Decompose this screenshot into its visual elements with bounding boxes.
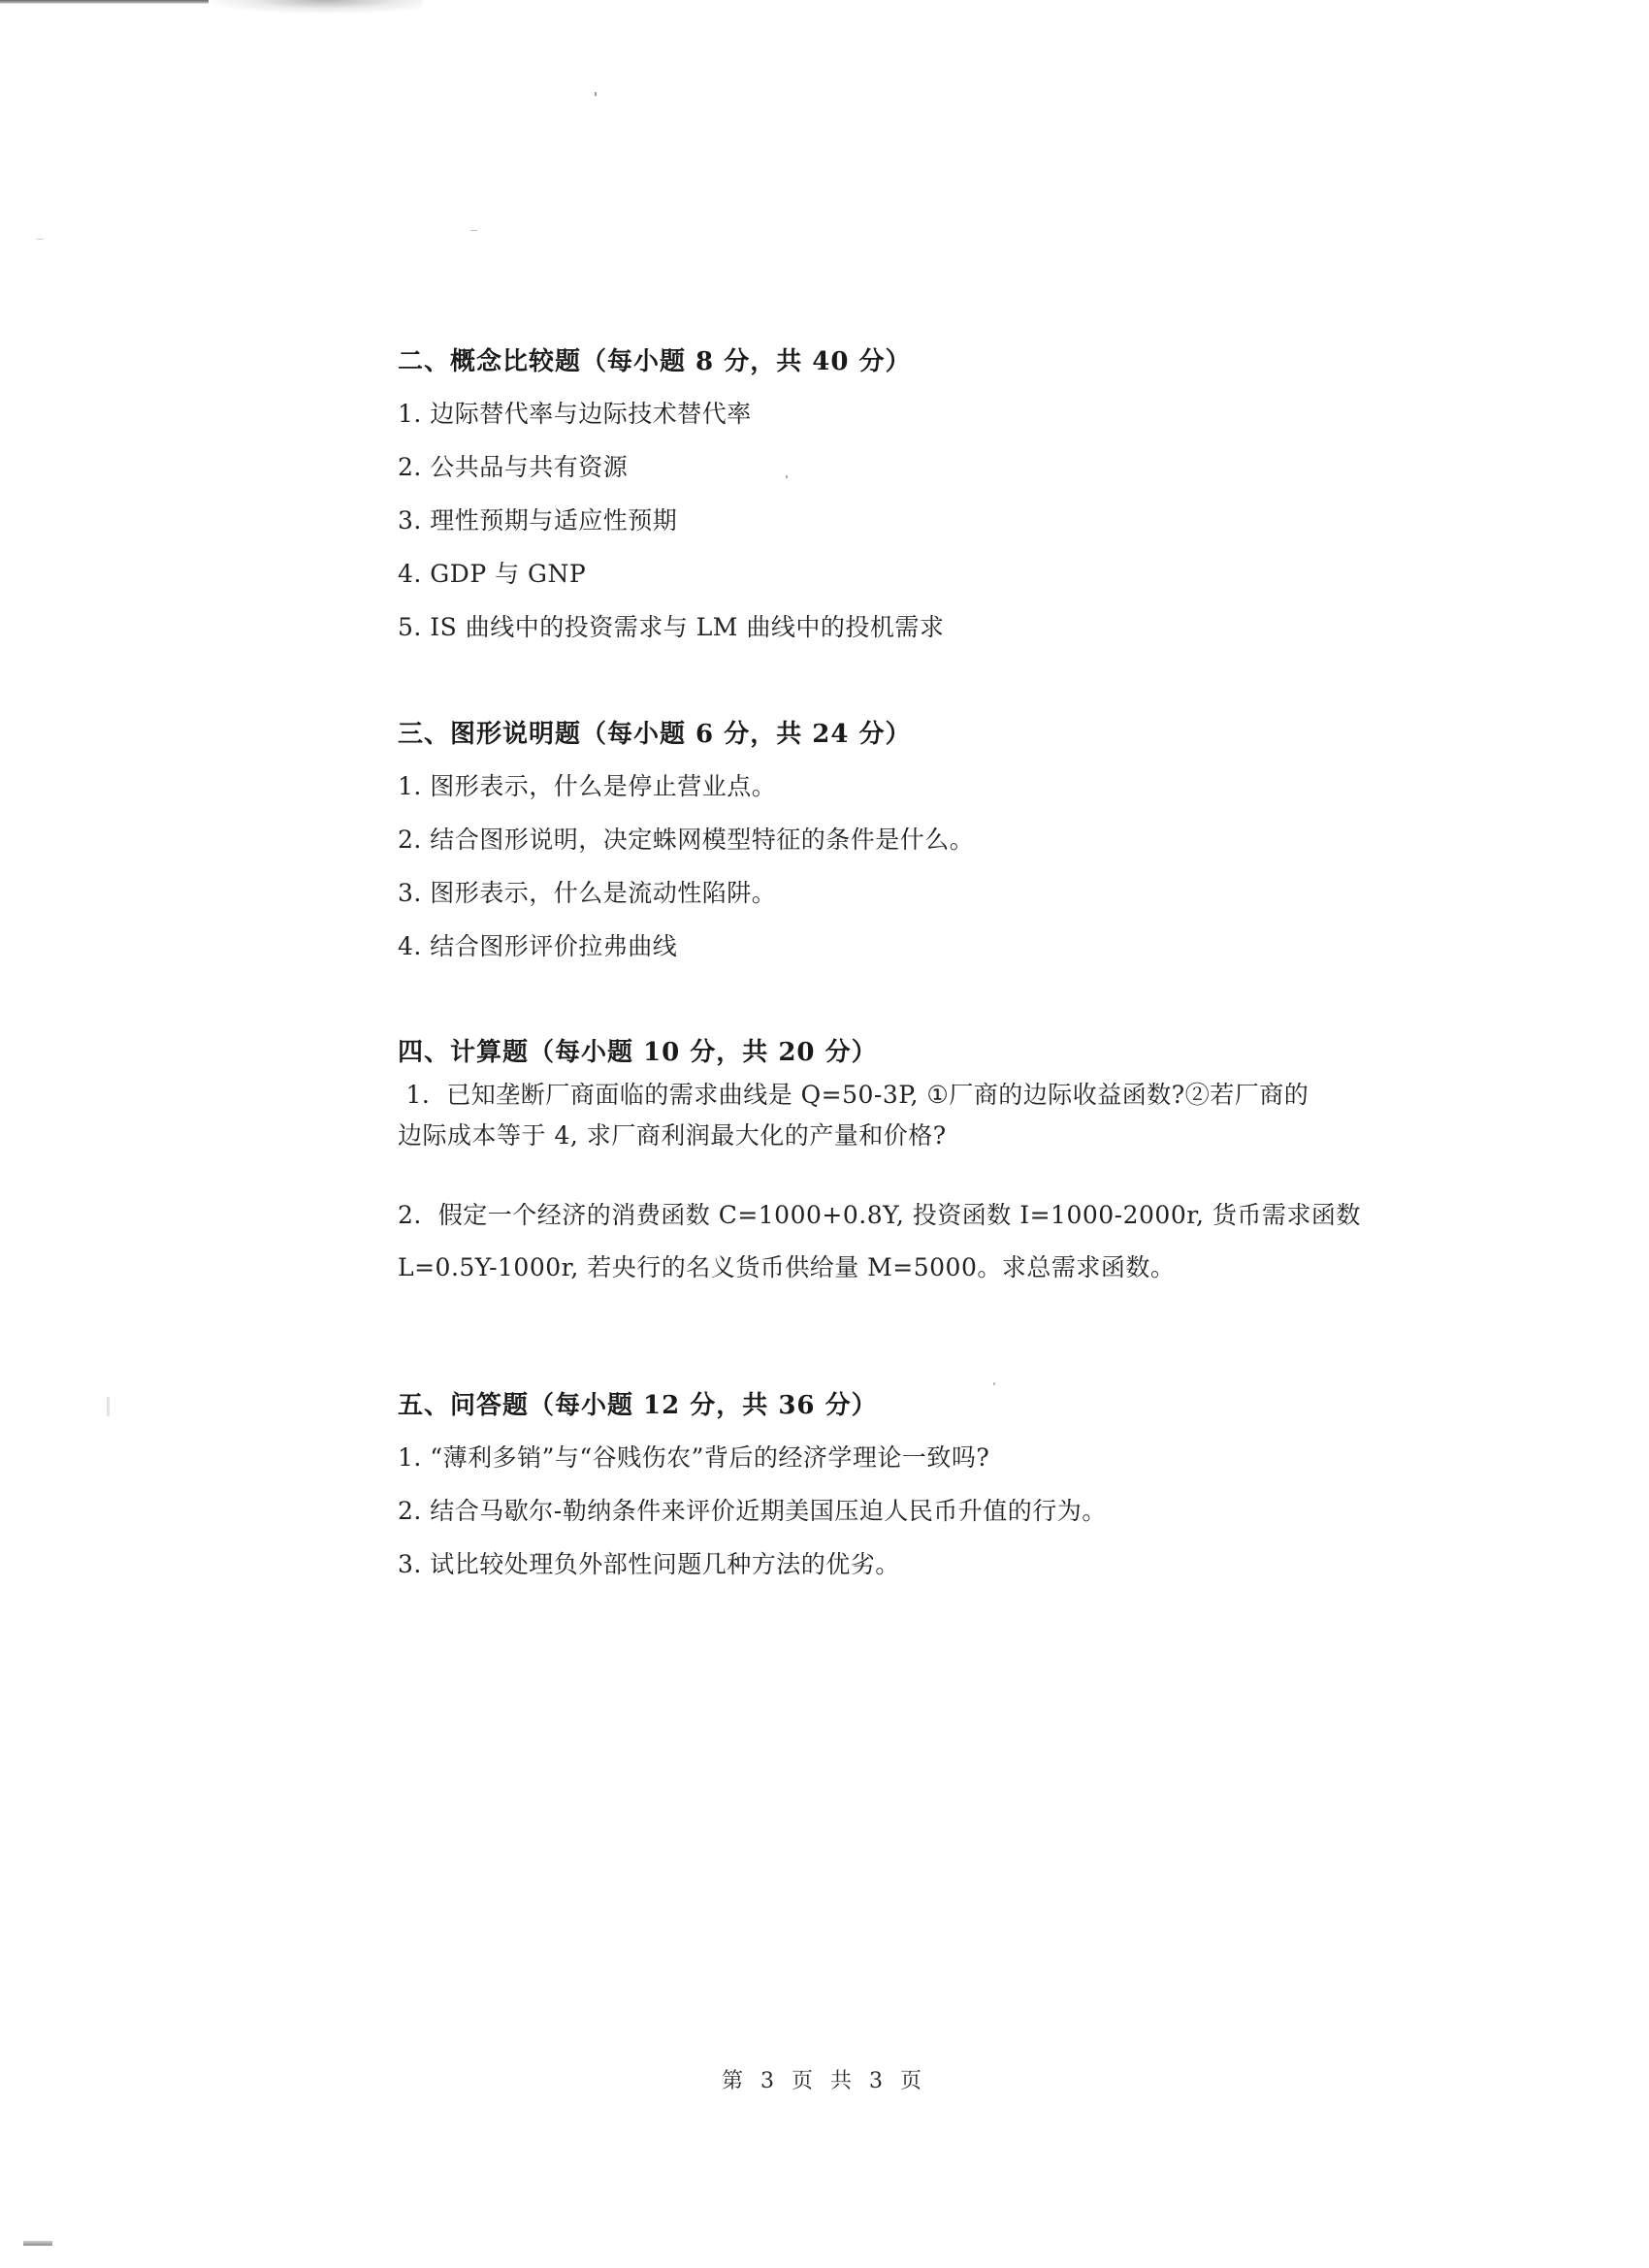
section-title: 四、计算题（每小题 10 分，共 20 分） (398, 1036, 1465, 1069)
question-item: 1. 边际替代率与边际技术替代率 (398, 398, 1465, 431)
section-title: 三、图形说明题（每小题 6 分，共 24 分） (398, 718, 1465, 751)
calc-question-2-line-2: L=0.5Y-1000r, 若央行的名义货币供给量 M=5000。求总需求函数。 (398, 1251, 1465, 1284)
scan-shadow (0, 0, 209, 4)
section-title: 二、概念比较题（每小题 8 分，共 40 分） (398, 345, 1465, 378)
section-graph-explanation: 三、图形说明题（每小题 6 分，共 24 分） 1. 图形表示，什么是停止营业点… (398, 718, 1465, 963)
scan-speck (993, 1382, 995, 1385)
question-item: 4. 结合图形评价拉弗曲线 (398, 930, 1465, 963)
total-pages-number: 3 (869, 2069, 889, 2093)
section-essay-questions: 五、问答题（每小题 12 分，共 36 分） 1. “薄利多销”与“谷贱伤农”背… (398, 1389, 1465, 1581)
question-item: 2. 结合马歇尔-勒纳条件来评价近期美国压迫人民币升值的行为。 (398, 1495, 1465, 1528)
scan-speck (595, 92, 597, 96)
question-item: 3. 试比较处理负外部性问题几种方法的优劣。 (398, 1548, 1465, 1581)
question-item: 2. 结合图形说明，决定蛛网模型特征的条件是什么。 (398, 824, 1465, 857)
footer-prefix: 第 (722, 2069, 749, 2093)
question-item: 1. 图形表示，什么是停止营业点。 (398, 770, 1465, 803)
exam-page: 二、概念比较题（每小题 8 分，共 40 分） 1. 边际替代率与边际技术替代率… (0, 0, 1649, 2268)
calc-question-2-line-1: 2. 假定一个经济的消费函数 C=1000+0.8Y, 投资函数 I=1000-… (398, 1199, 1465, 1232)
calc-question-1-line-2: 边际成本等于 4, 求厂商利润最大化的产量和价格? (398, 1119, 1465, 1152)
calc-question-1-line-1: 1. 已知垄断厂商面临的需求曲线是 Q=50-3P, ①厂商的边际收益函数?②若… (398, 1079, 1465, 1112)
page-footer: 第3页共3页 (0, 2064, 1649, 2094)
question-item: 2. 公共品与共有资源 (398, 451, 1465, 484)
scan-mark (23, 2241, 52, 2246)
scan-speck (107, 1397, 110, 1416)
question-item: 4. GDP 与 GNP (398, 558, 1465, 591)
question-item: 3. 理性预期与适应性预期 (398, 504, 1465, 537)
section-concept-comparison: 二、概念比较题（每小题 8 分，共 40 分） 1. 边际替代率与边际技术替代率… (398, 345, 1465, 644)
section-calculation: 四、计算题（每小题 10 分，共 20 分） 1. 已知垄断厂商面临的需求曲线是… (398, 1036, 1465, 1284)
section-title: 五、问答题（每小题 12 分，共 36 分） (398, 1389, 1465, 1422)
footer-page-word: 页 (792, 2069, 819, 2093)
question-item: 5. IS 曲线中的投资需求与 LM 曲线中的投机需求 (398, 611, 1465, 644)
question-item: 3. 图形表示，什么是流动性陷阱。 (398, 877, 1465, 910)
scan-speck (37, 239, 44, 240)
footer-total-word: 共 (830, 2069, 857, 2093)
current-page-number: 3 (760, 2069, 780, 2093)
scan-shadow (209, 0, 422, 14)
scan-speck (470, 230, 477, 231)
question-item: 1. “薄利多销”与“谷贱伤农”背后的经济学理论一致吗? (398, 1442, 1465, 1474)
footer-suffix: 页 (900, 2069, 927, 2093)
